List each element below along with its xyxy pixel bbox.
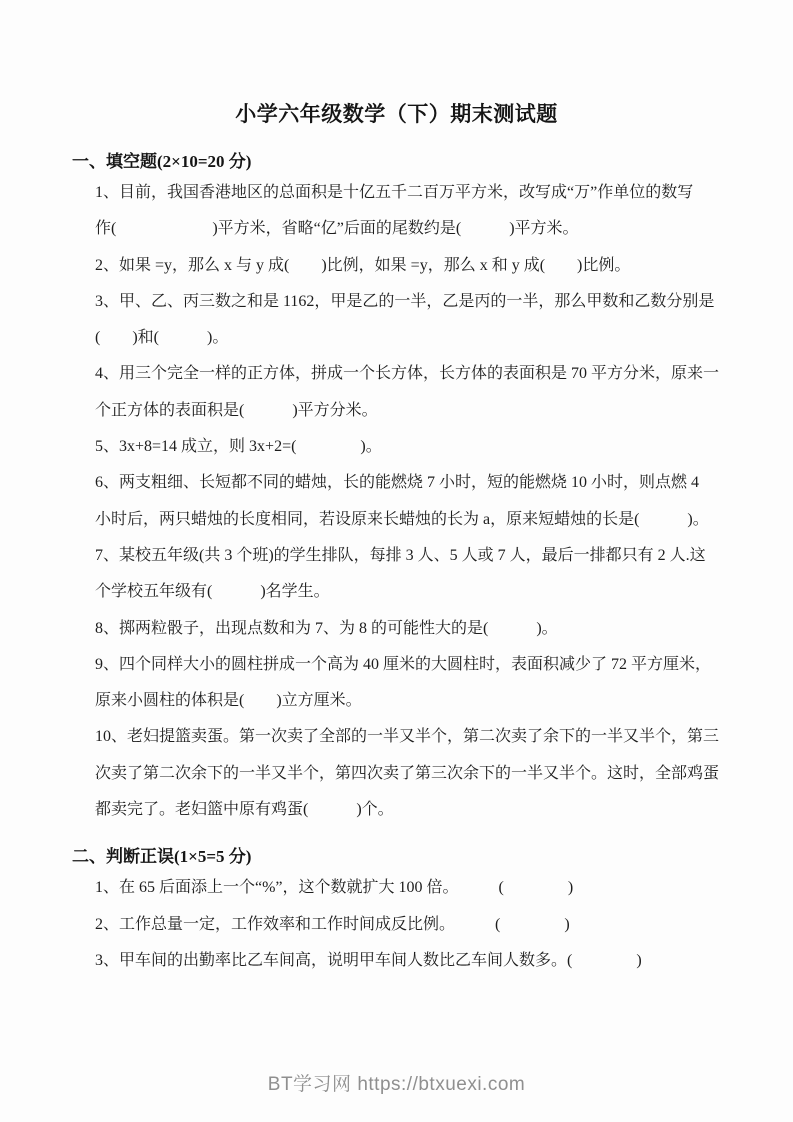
judge-question-2: 2、工作总量一定，工作效率和工作时间成反比例。 ( ) — [95, 907, 741, 943]
fill-question-2: 2、如果 =y，那么 x 与 y 成( )比例，如果 =y，那么 x 和 y 成… — [95, 248, 741, 284]
fill-question-1: 1、目前，我国香港地区的总面积是十亿五千二百万平方米，改写成“万”作单位的数写 … — [95, 175, 741, 248]
fill-question-9: 9、四个同样大小的圆柱拼成一个高为 40 厘米的大圆柱时，表面积减少了 72 平… — [95, 647, 741, 720]
section-fill-in-blanks: 一、填空题(2×10=20 分) 1、目前，我国香港地区的总面积是十亿五千二百万… — [0, 148, 793, 828]
fill-question-3: 3、甲、乙、丙三数之和是 1162，甲是乙的一半，乙是丙的一半，那么甲数和乙数分… — [95, 284, 741, 357]
judge-question-3: 3、甲车间的出勤率比乙车间高，说明甲车间人数比乙车间人数多。( ) — [95, 943, 741, 979]
page-title: 小学六年级数学（下）期末测试题 — [0, 0, 793, 128]
fill-question-10: 10、老妇提篮卖蛋。第一次卖了全部的一半又半个，第二次卖了余下的一半又半个，第三… — [95, 719, 741, 828]
fill-question-4: 4、用三个完全一样的正方体，拼成一个长方体，长方体的表面积是 70 平方分米，原… — [95, 356, 741, 429]
fill-question-8: 8、掷两粒骰子，出现点数和为 7、为 8 的可能性大的是( )。 — [95, 611, 741, 647]
judge-question-1: 1、在 65 后面添上一个“%”，这个数就扩大 100 倍。 ( ) — [95, 870, 741, 906]
fill-question-5: 5、3x+8=14 成立，则 3x+2=( )。 — [95, 429, 741, 465]
footer-site-text: BT学习网 https://btxuexi.com — [268, 1074, 525, 1095]
section-true-false: 二、判断正误(1×5=5 分) 1、在 65 后面添上一个“%”，这个数就扩大 … — [0, 843, 793, 979]
footer-watermark: BT学习网 https://btxuexi.com — [0, 1069, 793, 1096]
document-page: 小学六年级数学（下）期末测试题 一、填空题(2×10=20 分) 1、目前，我国… — [0, 0, 793, 1122]
section-1-heading: 一、填空题(2×10=20 分) — [72, 148, 753, 175]
fill-question-6: 6、两支粗细、长短都不同的蜡烛，长的能燃烧 7 小时，短的能燃烧 10 小时，则… — [95, 465, 741, 538]
section-2-heading: 二、判断正误(1×5=5 分) — [72, 843, 753, 870]
fill-question-7: 7、某校五年级(共 3 个班)的学生排队，每排 3 人、5 人或 7 人，最后一… — [95, 538, 741, 611]
